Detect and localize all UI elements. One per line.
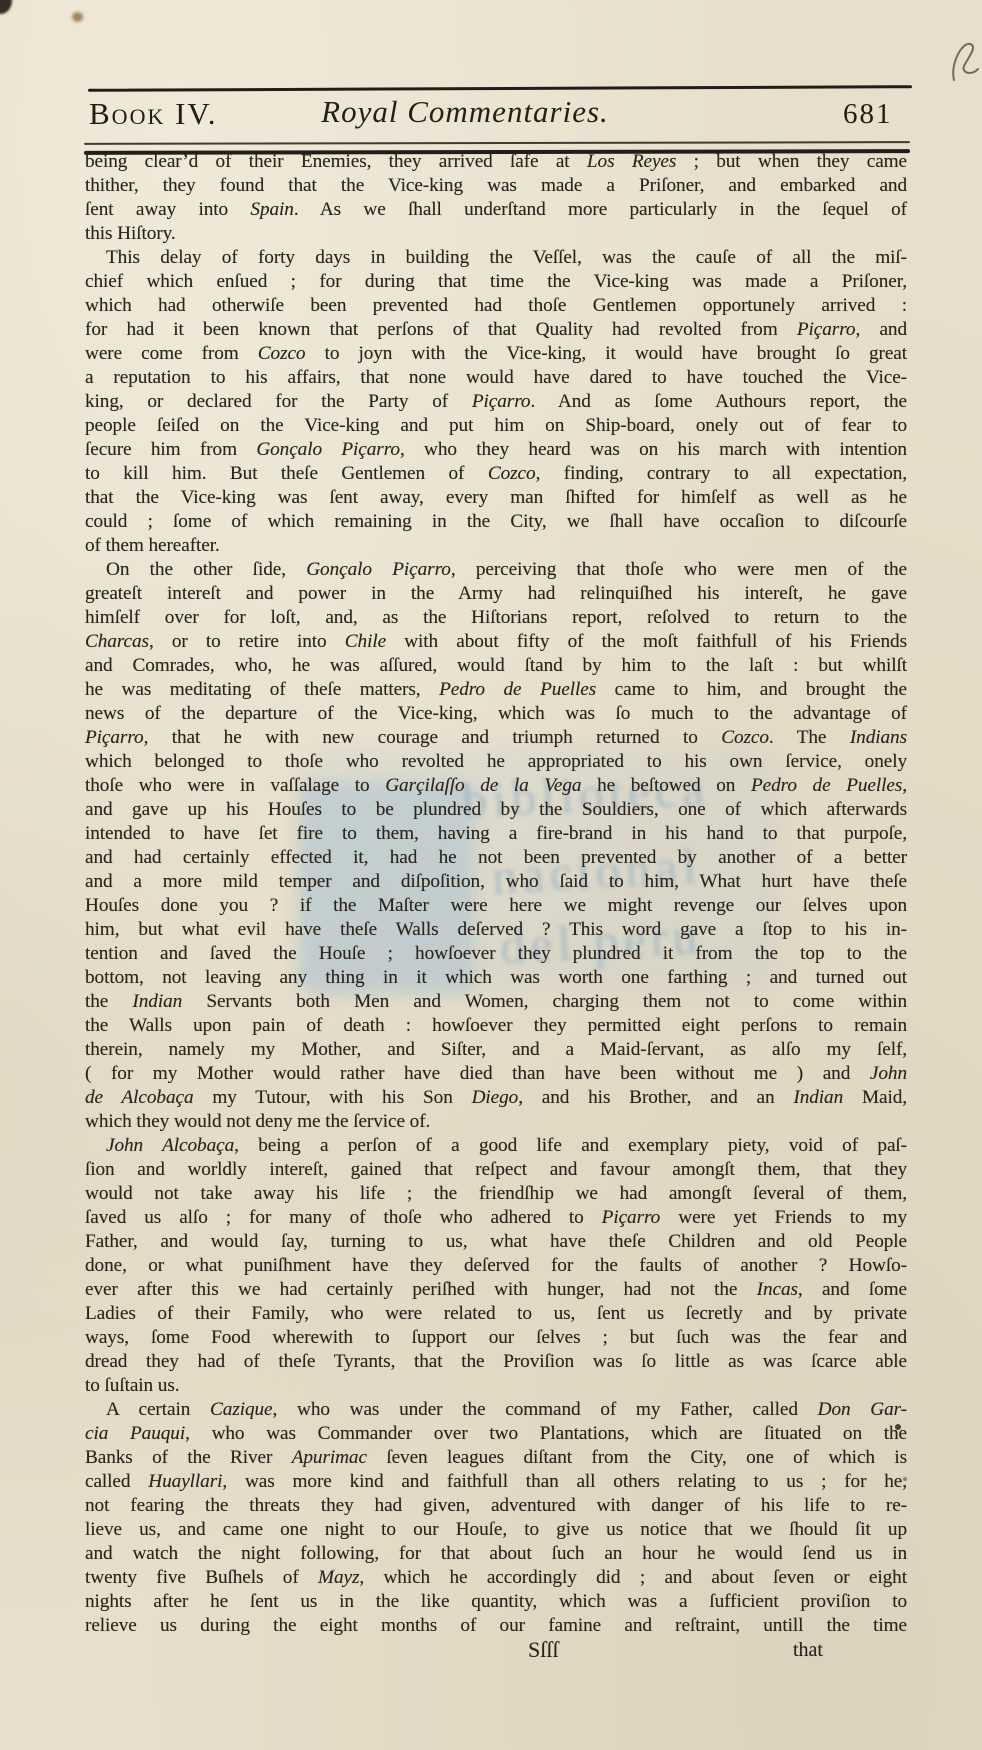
roman-text: chief which enſued ; for during that tim… <box>85 271 907 292</box>
roman-text: which had otherwiſe been prevented had t… <box>85 295 907 316</box>
roman-text: ſent away into <box>85 199 250 220</box>
italic-text: Gonçalo Piçarro <box>306 559 451 580</box>
text-line: and a more mild temper and diſpoſition, … <box>85 870 907 894</box>
text-line: nights after he ſent us in the like quan… <box>85 1590 907 1614</box>
text-line: the Indian Servants both Men and Women, … <box>85 990 907 1014</box>
roman-text: thoſe who were in vaſſalage to <box>85 775 385 796</box>
roman-text: , who was under the command of my Father… <box>273 1399 818 1420</box>
italic-text: Piçarro <box>85 727 144 748</box>
roman-text: This delay of forty days in building the… <box>106 247 907 268</box>
roman-text: ſaved us alſo ; for many of thoſe who ad… <box>85 1207 602 1228</box>
ink-dot <box>895 1424 901 1430</box>
roman-text: ſecure him from <box>85 439 256 460</box>
roman-text: could ; ſome of which remaining in the C… <box>85 511 907 532</box>
roman-text: came to him, and brought the <box>596 679 907 700</box>
roman-text: twenty five Buſhels of <box>85 1567 318 1588</box>
text-line: could ; ſome of which remaining in the C… <box>85 510 907 534</box>
text-line: relieve us during the eight months of ou… <box>85 1614 907 1638</box>
roman-text: , or to retire into <box>149 631 345 652</box>
roman-text: not fearing the threats they had given, … <box>85 1495 907 1516</box>
text-line: done, or what puniſhment have they deſer… <box>85 1254 907 1278</box>
roman-text: relieve us during the eight months of ou… <box>85 1615 907 1636</box>
roman-text: tention and ſaved the Houſe ; howſoever … <box>85 943 907 964</box>
book-page: biblioteca nacional del peru Book IV. Ro… <box>0 0 982 1750</box>
text-line: intended to have ſet fire to them, havin… <box>85 822 907 846</box>
roman-text: a reputation to his affairs, that none w… <box>85 367 907 388</box>
roman-text: called <box>85 1471 148 1492</box>
roman-text: A certain <box>106 1399 210 1420</box>
text-line: greateſt intereſt and power in the Army … <box>85 582 907 606</box>
text-line: tention and ſaved the Houſe ; howſoever … <box>85 942 907 966</box>
roman-text: my Tutour, with his Son <box>194 1087 472 1108</box>
roman-text: , being a perſon of a good life and exem… <box>234 1135 907 1156</box>
roman-text: ; but when they came <box>676 151 907 172</box>
text-line: twenty five Buſhels of Mayz, which he ac… <box>85 1566 907 1590</box>
text-line: which belonged to thoſe who revolted he … <box>85 750 907 774</box>
roman-text: , that he with new courage and triumph r… <box>144 727 722 748</box>
italic-text: John <box>870 1063 907 1084</box>
italic-text: Indian <box>793 1087 843 1108</box>
text-line: chief which enſued ; for during that tim… <box>85 270 907 294</box>
text-line: of them hereafter. <box>85 534 907 558</box>
text-line: bottom, not leaving any thing in it whic… <box>85 966 907 990</box>
italic-text: Cazique <box>210 1399 273 1420</box>
text-line: that the Vice-king was ſent away, every … <box>85 486 907 510</box>
text-line: ever after this we had certainly periſhe… <box>85 1278 907 1302</box>
text-line: On the other ſide, Gonçalo Piçarro, perc… <box>85 558 907 582</box>
italic-text: Cozco <box>488 463 536 484</box>
text-line: ſion and worldly intereſt, gained that r… <box>85 1158 907 1182</box>
roman-text: ſion and worldly intereſt, gained that r… <box>85 1159 907 1180</box>
text-line: ( for my Mother would rather have died t… <box>85 1062 907 1086</box>
text-line: ways, ſome Food wherewith to ſupport our… <box>85 1326 907 1350</box>
roman-text: were yet Friends to my <box>660 1207 907 1228</box>
text-line: king, or declared for the Party of Piçar… <box>85 390 907 414</box>
roman-text: to joyn with the Vice-king, it would hav… <box>305 343 907 364</box>
italic-text: Apurimac <box>292 1447 367 1468</box>
roman-text: that the Vice-king was ſent away, every … <box>85 487 907 508</box>
text-line: were come from Cozco to joyn with the Vi… <box>85 342 907 366</box>
margin-squiggle-mark <box>948 36 982 86</box>
roman-text: king, or declared for the Party of <box>85 391 472 412</box>
text-line: Father, and would ſay, turning to us, wh… <box>85 1230 907 1254</box>
text-line: would not take away his life ; the frien… <box>85 1182 907 1206</box>
text-line: the Walls upon pain of death : howſoever… <box>85 1014 907 1038</box>
text-line: and gave up his Houſes to be plundred by… <box>85 798 907 822</box>
roman-text: him, but what evil have theſe Walls deſe… <box>85 919 907 940</box>
text-line: Houſes done you ? if the Maſter were her… <box>85 894 907 918</box>
italic-text: Piçarro <box>472 391 531 412</box>
roman-text: he was meditating of theſe matters, <box>85 679 439 700</box>
roman-text: ( for my Mother would rather have died t… <box>85 1063 870 1084</box>
text-line: he was meditating of theſe matters, Pedr… <box>85 678 907 702</box>
roman-text: , perceiving that thoſe who were men of … <box>451 559 907 580</box>
italic-text: de Alcobaça <box>85 1087 194 1108</box>
roman-text: and had certainly effected it, had he no… <box>85 847 907 868</box>
italic-text: Mayz <box>318 1567 359 1588</box>
italic-text: John Alcobaça <box>106 1135 234 1156</box>
text-line: thoſe who were in vaſſalage to Garçilaſſ… <box>85 774 907 798</box>
roman-text: with about fifty of the moſt faithfull o… <box>386 631 907 652</box>
text-line: for had it been known that perſons of th… <box>85 318 907 342</box>
italic-text: Cozco <box>721 727 769 748</box>
italic-text: Spain <box>250 199 293 220</box>
italic-text: Indian <box>132 991 182 1012</box>
italic-text: Los Reyes <box>587 151 676 172</box>
foxing-spot <box>72 12 83 22</box>
roman-text: , which he accordingly did ; and about ſ… <box>359 1567 907 1588</box>
roman-text: done, or what puniſhment have they deſer… <box>85 1255 907 1276</box>
text-line: Charcas, or to retire into Chile with ab… <box>85 630 907 654</box>
roman-text: intended to have ſet fire to them, havin… <box>85 823 907 844</box>
text-line: lieve us, and came one night to our Houſ… <box>85 1518 907 1542</box>
roman-text: to kill him. But theſe Gentlemen of <box>85 463 488 484</box>
roman-text: and watch the night following, for that … <box>85 1543 907 1564</box>
roman-text: Father, and would ſay, turning to us, wh… <box>85 1231 907 1252</box>
italic-text: Piçarro <box>602 1207 661 1228</box>
roman-text: , <box>902 775 907 796</box>
text-line: A certain Cazique, who was under the com… <box>85 1398 907 1422</box>
roman-text: Banks of the River <box>85 1447 292 1468</box>
roman-text: ever after this we had certainly periſhe… <box>85 1279 757 1300</box>
text-line: news of the departure of the Vice-king, … <box>85 702 907 726</box>
roman-text: Servants both Men and Women, charging th… <box>182 991 907 1012</box>
text-line: which they would not deny me the ſervice… <box>85 1110 907 1134</box>
roman-text: the Walls upon pain of death : howſoever… <box>85 1015 907 1036</box>
text-line: dread they had of theſe Tyrants, that th… <box>85 1350 907 1374</box>
text-line: himſelf over for loſt, and, as the Hiſto… <box>85 606 907 630</box>
roman-text: to ſuſtain us. <box>85 1375 179 1396</box>
signature-mark: Sſſſ <box>528 1637 559 1663</box>
text-line: cia Pauqui, who was Commander over two P… <box>85 1422 907 1446</box>
roman-text: On the other ſide, <box>106 559 306 580</box>
roman-text: and gave up his Houſes to be plundred by… <box>85 799 907 820</box>
text-line: being clear’d of their Enemies, they arr… <box>85 150 907 174</box>
roman-text: people ſeiſed on the Vice-king and put h… <box>85 415 907 436</box>
roman-text: were come from <box>85 343 258 364</box>
roman-text: this Hiſtory. <box>85 223 176 244</box>
italic-text: Piçarro <box>797 319 856 340</box>
roman-text: , and his Brother, and an <box>518 1087 793 1108</box>
text-line: and watch the night following, for that … <box>85 1542 907 1566</box>
roman-text: and Comrades, who, he was aſſured, would… <box>85 655 907 676</box>
italic-text: Diego <box>472 1087 519 1108</box>
roman-text: for had it been known that perſons of th… <box>85 319 797 340</box>
italic-text: cia Pauqui <box>85 1423 185 1444</box>
ink-dot <box>903 1477 907 1481</box>
italic-text: Indians <box>850 727 907 748</box>
roman-text: he beſtowed on <box>581 775 751 796</box>
roman-text: , was more kind and faithfull than all o… <box>222 1471 907 1492</box>
text-line: This delay of forty days in building the… <box>85 246 907 270</box>
roman-text: being clear’d of their Enemies, they arr… <box>85 151 587 172</box>
roman-text: dread they had of theſe Tyrants, that th… <box>85 1351 907 1372</box>
italic-text: Don Gar- <box>818 1399 907 1420</box>
text-line: called Huayllari, was more kind and fait… <box>85 1470 907 1494</box>
roman-text: nights after he ſent us in the like quan… <box>85 1591 907 1612</box>
text-line: John Alcobaça, being a perſon of a good … <box>85 1134 907 1158</box>
roman-text: therein, namely my Mother, and Siſter, a… <box>85 1039 907 1060</box>
roman-text: which they would not deny me the ſervice… <box>85 1111 430 1132</box>
roman-text: himſelf over for loſt, and, as the Hiſto… <box>85 607 907 628</box>
text-line: Piçarro, that he with new courage and tr… <box>85 726 907 750</box>
roman-text: . And as ſome Authours report, the <box>530 391 907 412</box>
text-line: ſent away into Spain. As we ſhall underſ… <box>85 198 907 222</box>
text-line: a reputation to his affairs, that none w… <box>85 366 907 390</box>
roman-text: and a more mild temper and diſpoſition, … <box>85 871 907 892</box>
roman-text: , finding, contrary to all expectation, <box>536 463 907 484</box>
roman-text: Ladies of their Family, who were related… <box>85 1303 907 1324</box>
roman-text: bottom, not leaving any thing in it whic… <box>85 967 907 988</box>
roman-text: ſeven leagues diſtant from the City, one… <box>367 1447 907 1468</box>
italic-text: Cozco <box>258 343 306 364</box>
text-line: therein, namely my Mother, and Siſter, a… <box>85 1038 907 1062</box>
roman-text: ways, ſome Food wherewith to ſupport our… <box>85 1327 907 1348</box>
italic-text: Pedro de Puelles <box>751 775 902 796</box>
text-line: ſaved us alſo ; for many of thoſe who ad… <box>85 1206 907 1230</box>
italic-text: Huayllari <box>148 1471 222 1492</box>
roman-text: lieve us, and came one night to our Houſ… <box>85 1519 907 1540</box>
roman-text: , who they heard was on his march with i… <box>400 439 907 460</box>
roman-text: thither, they found that the Vice-king w… <box>85 175 907 196</box>
italic-text: Charcas <box>85 631 149 652</box>
text-block: being clear’d of their Enemies, they arr… <box>85 150 907 1638</box>
italic-text: Incas <box>757 1279 798 1300</box>
text-line: Banks of the River Apurimac ſeven league… <box>85 1446 907 1470</box>
italic-text: Garçilaſſo de la Vega <box>385 775 581 796</box>
text-line: and had certainly effected it, had he no… <box>85 846 907 870</box>
text-line: ſecure him from Gonçalo Piçarro, who the… <box>85 438 907 462</box>
text-line: people ſeiſed on the Vice-king and put h… <box>85 414 907 438</box>
text-line: to ſuſtain us. <box>85 1374 907 1398</box>
text-line: de Alcobaça my Tutour, with his Son Dieg… <box>85 1086 907 1110</box>
roman-text: greateſt intereſt and power in the Army … <box>85 583 907 604</box>
italic-text: Gonçalo Piçarro <box>256 439 400 460</box>
text-line: not fearing the threats they had given, … <box>85 1494 907 1518</box>
italic-text: Pedro de Puelles <box>439 679 596 700</box>
text-line: and Comrades, who, he was aſſured, would… <box>85 654 907 678</box>
roman-text: , and ſome <box>798 1279 907 1300</box>
roman-text: which belonged to thoſe who revolted he … <box>85 751 907 772</box>
roman-text: . The <box>769 727 850 748</box>
text-line: to kill him. But theſe Gentlemen of Cozc… <box>85 462 907 486</box>
roman-text: Maid, <box>843 1087 907 1108</box>
roman-text: would not take away his life ; the frien… <box>85 1183 907 1204</box>
text-line: Ladies of their Family, who were related… <box>85 1302 907 1326</box>
roman-text: of them hereafter. <box>85 535 220 556</box>
text-line: thither, they found that the Vice-king w… <box>85 174 907 198</box>
roman-text: news of the departure of the Vice-king, … <box>85 703 907 724</box>
text-line: this Hiſtory. <box>85 222 907 246</box>
roman-text: . As we ſhall underſtand more particular… <box>294 199 907 220</box>
signature-row: Sſſſ that <box>85 1637 907 1667</box>
roman-text: Houſes done you ? if the Maſter were her… <box>85 895 907 916</box>
text-line: him, but what evil have theſe Walls deſe… <box>85 918 907 942</box>
roman-text: the <box>85 991 132 1012</box>
italic-text: Chile <box>345 631 386 652</box>
text-line: which had otherwiſe been prevented had t… <box>85 294 907 318</box>
roman-text: , and <box>855 319 907 340</box>
catchword: that <box>793 1639 823 1662</box>
roman-text: , who was Commander over two Plantations… <box>185 1423 907 1444</box>
